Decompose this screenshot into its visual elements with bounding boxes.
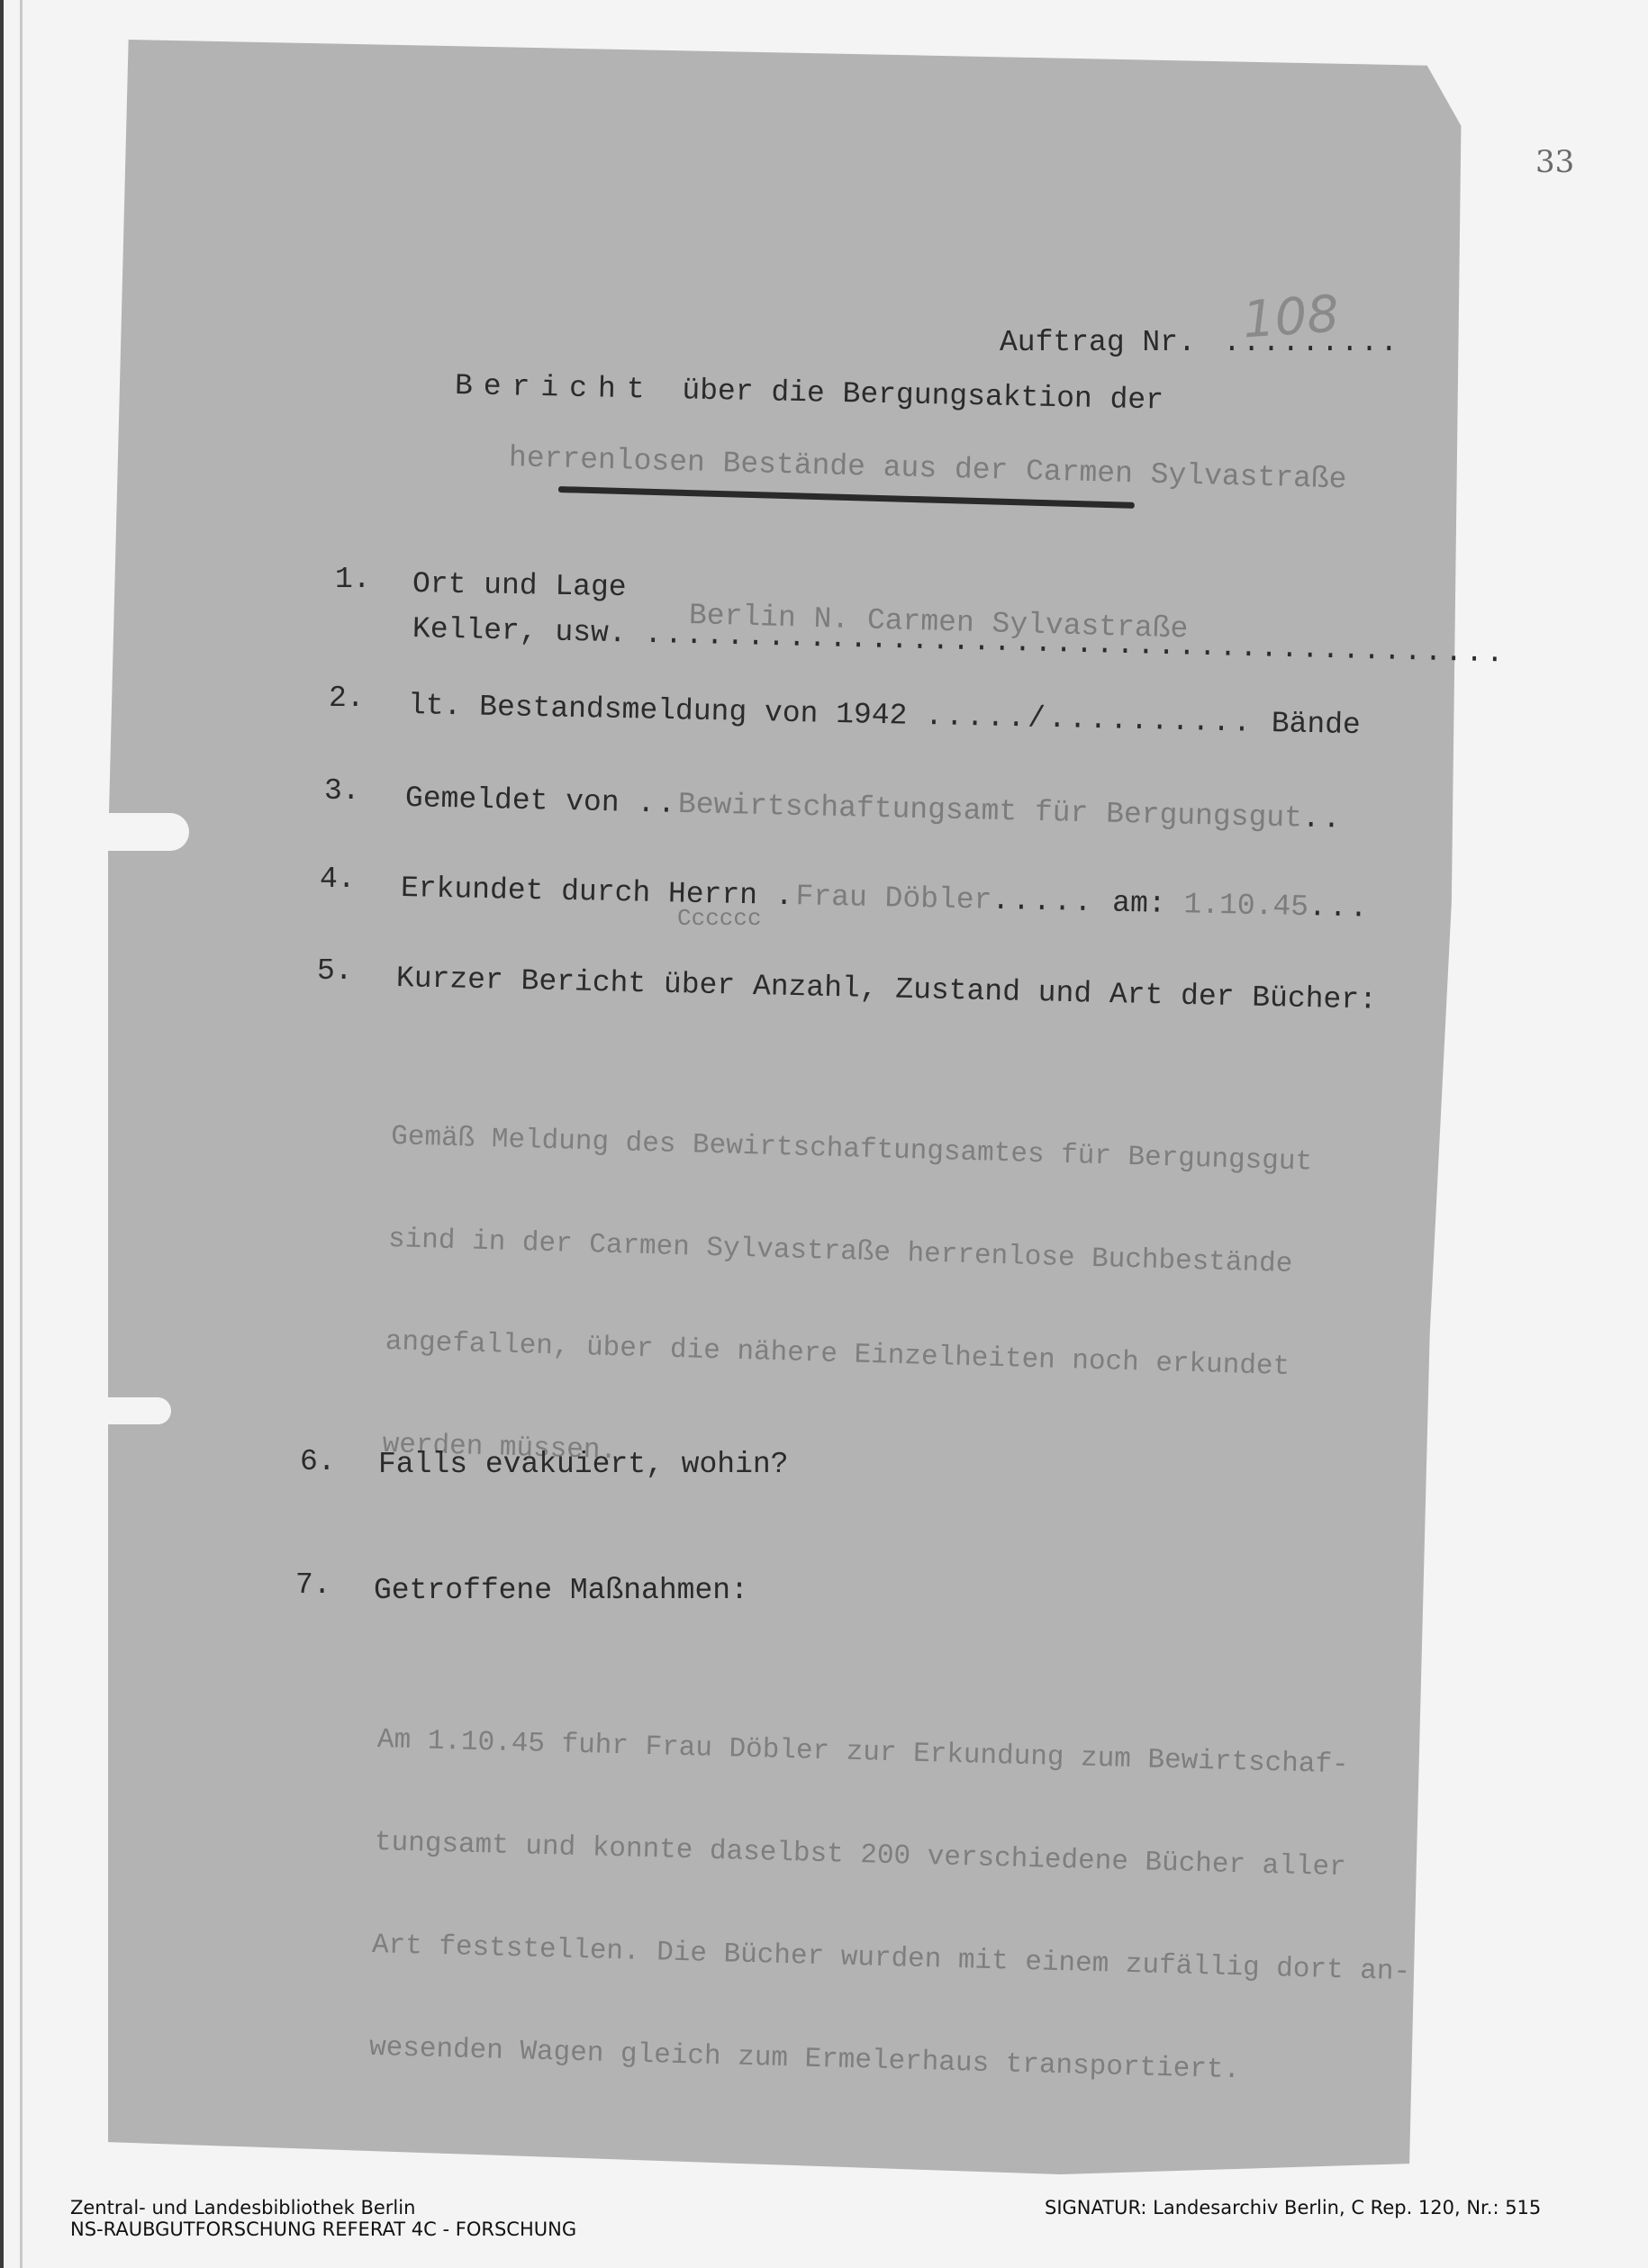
item-4-dots-suffix: .....	[992, 884, 1095, 919]
title-spaced-word: Bericht	[455, 369, 656, 407]
text-line: wesenden Wagen gleich zum Ermelerhaus tr…	[369, 2031, 1408, 2092]
item-1-label-line2: Keller, usw.	[412, 612, 627, 650]
item-7-measures-text: Am 1.10.45 fuhr Frau Döbler zur Erkundun…	[368, 1655, 1418, 2127]
item-number-4: 4.	[320, 863, 356, 896]
punch-hole	[99, 813, 189, 851]
text-line: Am 1.10.45 fuhr Frau Döbler zur Erkundun…	[376, 1723, 1416, 1785]
footer-institution: Zentral- und Landesbibliothek Berlin NS-…	[70, 2197, 576, 2240]
item-number-1: 1.	[335, 563, 371, 596]
item-4-date-value: 1.10.45	[1183, 888, 1308, 924]
item-4-date-dots: ...	[1308, 890, 1371, 925]
item-4-dots-prefix: .	[774, 880, 796, 913]
order-number: 108	[1241, 285, 1341, 349]
item-2-suffix: Bände	[1271, 707, 1361, 742]
item-number-7: 7.	[295, 1568, 331, 1602]
text-line: Gemäß Meldung des Bewirtschaftungsamtes …	[391, 1120, 1313, 1180]
item-number-3: 3.	[324, 774, 360, 808]
binder-line	[20, 0, 23, 2268]
footer-library-name: Zentral- und Landesbibliothek Berlin	[70, 2197, 576, 2218]
item-number-2: 2.	[329, 682, 365, 715]
text-line: sind in der Carmen Sylvastraße herrenlos…	[388, 1223, 1310, 1283]
text-line: Art feststellen. Die Bücher wurden mit e…	[372, 1929, 1411, 1990]
order-label: Auftrag Nr.	[1000, 326, 1196, 359]
item-7-label: Getroffene Maßnahmen:	[374, 1574, 748, 1607]
footer-signature: SIGNATUR: Landesarchiv Berlin, C Rep. 12…	[1045, 2197, 1541, 2218]
item-4-date-label: am:	[1112, 887, 1166, 921]
item-2-dots: ...../..........	[925, 700, 1254, 740]
text-line: angefallen, über die nähere Einzelheiten…	[385, 1325, 1307, 1386]
item-3-dots-suffix: ..	[1302, 802, 1344, 836]
item-number-6: 6.	[300, 1445, 336, 1478]
binder-edge	[0, 0, 4, 2268]
punch-hole	[99, 1397, 171, 1424]
item-6-label: Falls evakuiert, wohin?	[378, 1448, 788, 1481]
text-line: tungsamt und konnte daselbst 200 verschi…	[374, 1826, 1413, 1887]
item-3-label: Gemeldet von	[405, 782, 620, 819]
footer-department: NS-RAUBGUTFORSCHUNG REFERAT 4C - FORSCHU…	[70, 2218, 576, 2240]
page-number: 33	[1535, 144, 1574, 180]
item-3-dots-prefix: ..	[637, 787, 678, 821]
item-1-label-line1: Ort und Lage	[412, 567, 627, 604]
item-4-value: Frau Döbler	[795, 880, 992, 917]
item-number-5: 5.	[317, 954, 353, 988]
item-4-stamp: Cccccc	[677, 905, 762, 932]
